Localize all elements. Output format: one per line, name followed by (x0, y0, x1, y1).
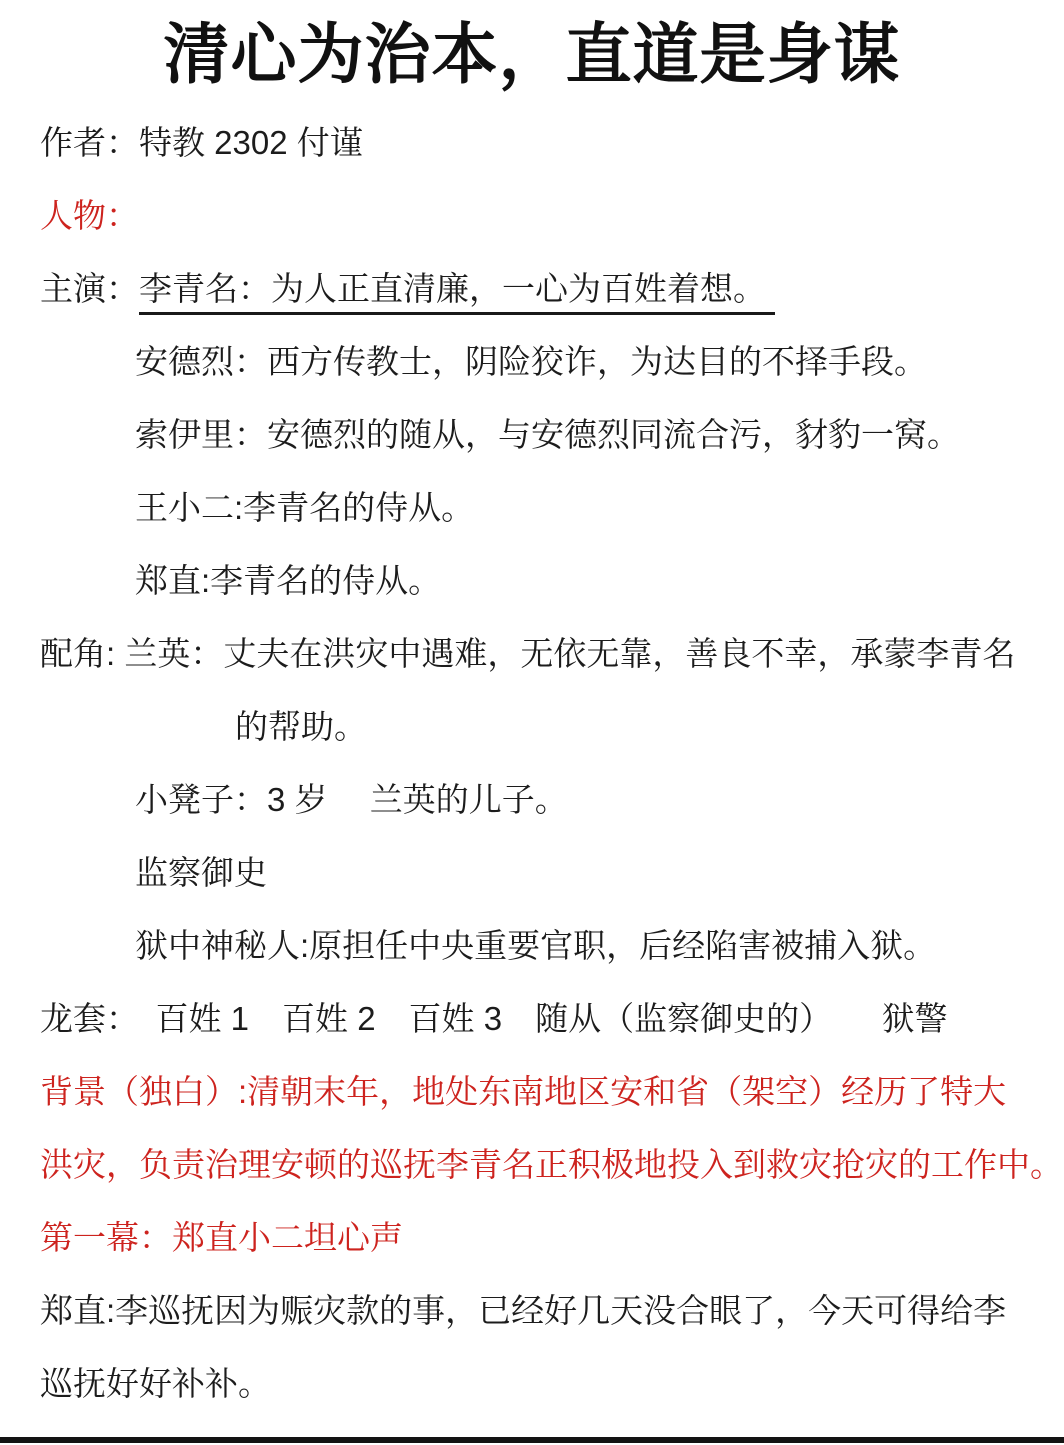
supporting-role-jiancha-yushi: 监察御史 (0, 836, 1064, 909)
supporting-role-xiao-dengzi: 小凳子：3 岁 兰英的儿子。 (0, 763, 1064, 836)
lead-role-li-qingming: 李青名：为人正直清廉，一心为百姓着想。 (139, 266, 775, 315)
supporting-roles-line-1: 配角: 兰英：丈夫在洪灾中遇难，无依无靠，善良不幸，承蒙李青名 (0, 617, 1064, 690)
lead-roles-line: 主演：李青名：为人正直清廉，一心为百姓着想。 (0, 252, 1064, 325)
scene-1-heading: 第一幕：郑直小二坦心声 (0, 1201, 1064, 1274)
lead-role-wang-xiaoer: 王小二:李青名的侍从。 (0, 471, 1064, 544)
extras-line: 龙套： 百姓 1 百姓 2 百姓 3 随从（监察御史的） 狱警 (0, 982, 1064, 1055)
characters-section-label: 人物： (0, 179, 1064, 252)
lead-role-an-delie: 安德烈：西方传教士，阴险狡诈，为达目的不择手段。 (0, 325, 1064, 398)
dialogue-line-1: 郑直:李巡抚因为赈灾款的事，已经好几天没合眼了，今天可得给李 (0, 1274, 1064, 1347)
lead-roles-label: 主演： (40, 270, 139, 307)
author-line: 作者：特教 2302 付谨 (0, 106, 1064, 179)
page-bottom-edge (0, 1437, 1064, 1443)
supporting-role-yuzhong-shenmiren: 狱中神秘人:原担任中央重要官职，后经陷害被捕入狱。 (0, 909, 1064, 982)
background-line-2: 洪灾，负责治理安顿的巡抚李青名正积极地投入到救灾抢灾的工作中。 (0, 1128, 1064, 1201)
lead-role-zheng-zhi: 郑直:李青名的侍从。 (0, 544, 1064, 617)
supporting-roles-line-2: 的帮助。 (0, 690, 1064, 763)
script-title: 清心为治本，直道是身谋 (0, 0, 1064, 102)
background-line-1: 背景（独白）:清朝末年，地处东南地区安和省（架空）经历了特大 (0, 1055, 1064, 1128)
script-document: 清心为治本，直道是身谋 作者：特教 2302 付谨 人物： 主演：李青名：为人正… (0, 0, 1064, 1445)
script-body: 作者：特教 2302 付谨 人物： 主演：李青名：为人正直清廉，一心为百姓着想。… (0, 106, 1064, 1420)
dialogue-line-2: 巡抚好好补补。 (0, 1347, 1064, 1420)
lead-role-suo-yili: 索伊里：安德烈的随从，与安德烈同流合污，豺豹一窝。 (0, 398, 1064, 471)
